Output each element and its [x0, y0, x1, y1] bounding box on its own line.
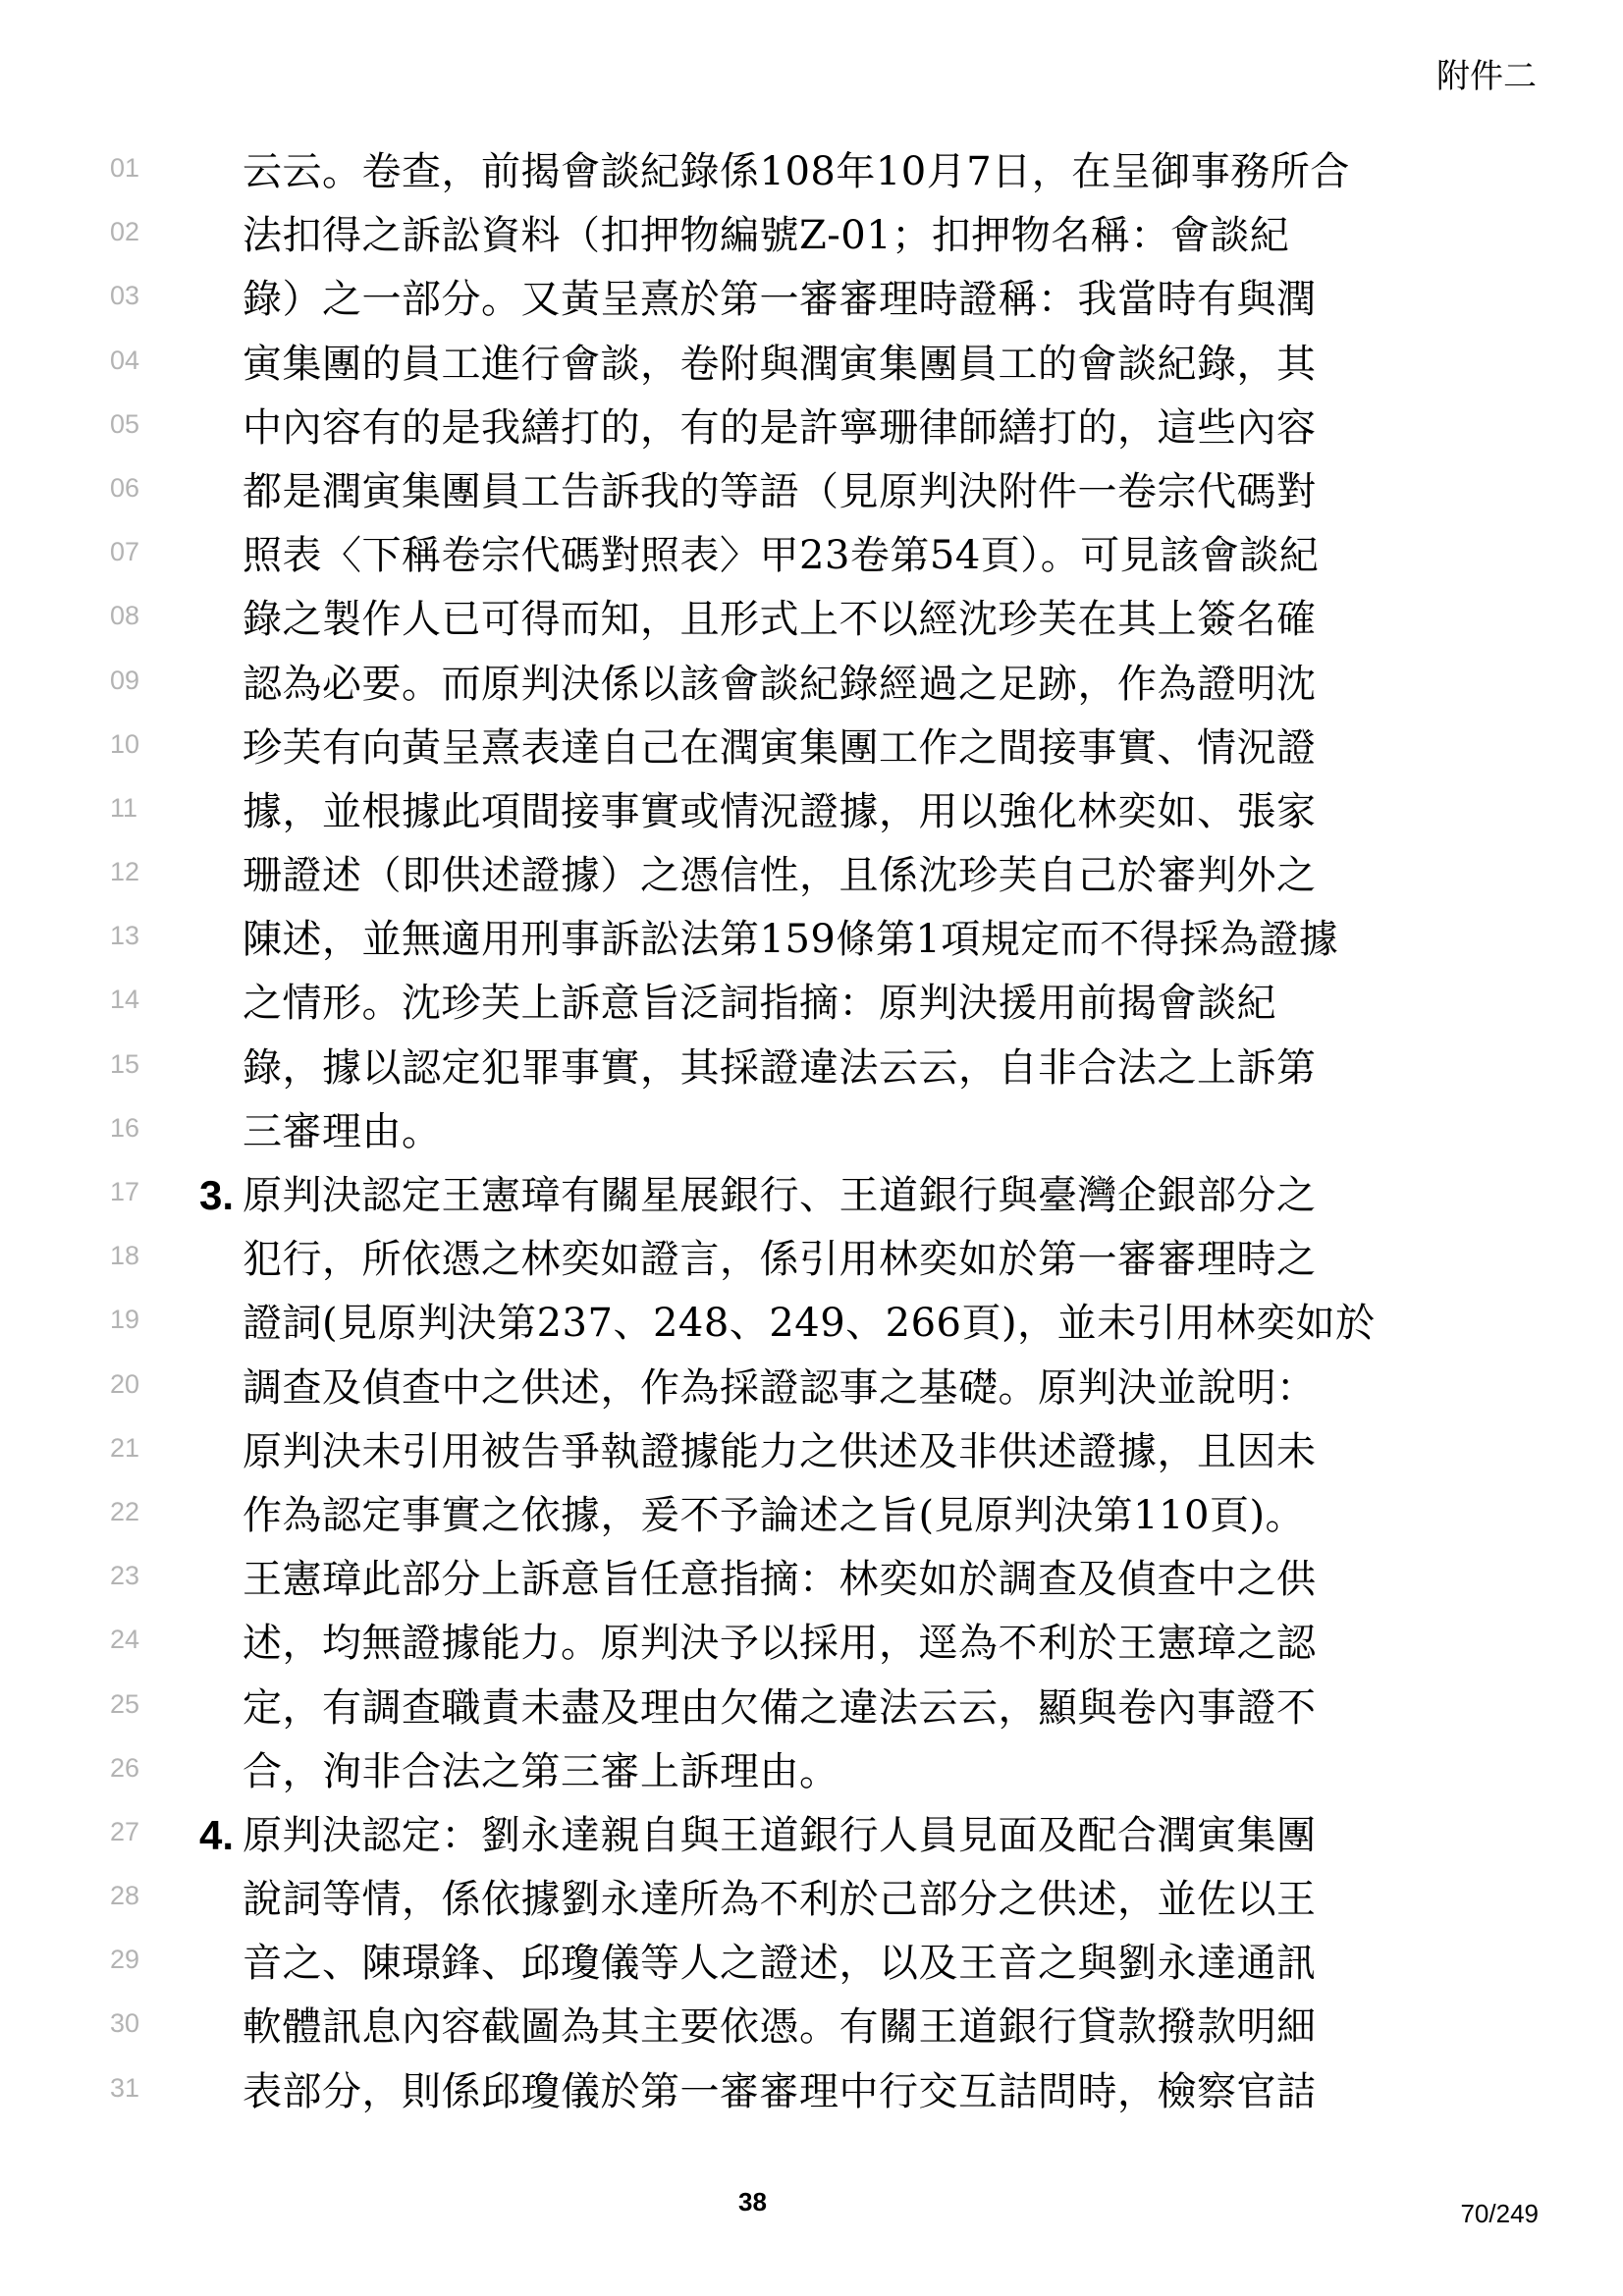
document-line: 14之情形。沈珍芙上訴意旨泛詞指摘：原判決援用前揭會談紀 [0, 977, 1623, 1041]
line-number: 30 [110, 2008, 159, 2039]
line-text: 原判決認定：劉永達親自與王道銀行人員見面及配合潤寅集團 [243, 1809, 1317, 1862]
line-text: 據，並根據此項間接事實或情況證據，用以強化林奕如、張家 [243, 785, 1317, 838]
line-number: 22 [110, 1497, 159, 1527]
line-number: 18 [110, 1241, 159, 1271]
document-line: 02法扣得之訴訟資料（扣押物編號Z-01；扣押物名稱：會談紀 [0, 209, 1623, 273]
item-number: 4. [199, 1809, 234, 1862]
line-text: 王憲璋此部分上訴意旨任意指摘：林奕如於調查及偵查中之供 [243, 1553, 1317, 1606]
line-number: 10 [110, 729, 159, 760]
line-number: 24 [110, 1625, 159, 1655]
document-line: 25定，有調查職責未盡及理由欠備之違法云云，顯與卷內事證不 [0, 1682, 1623, 1745]
line-number: 07 [110, 537, 159, 567]
document-line: 19證詞(見原判決第237、248、249、266頁)，並未引用林奕如於 [0, 1297, 1623, 1361]
line-text: 表部分，則係邱瓊儀於第一審審理中行交互詰問時，檢察官詰 [243, 2065, 1317, 2118]
line-number: 27 [110, 1817, 159, 1847]
line-number: 13 [110, 921, 159, 951]
line-text: 原判決未引用被告爭執證據能力之供述及非供述證據，且因未 [243, 1425, 1317, 1478]
line-text: 照表〈下稱卷宗代碼對照表〉甲23卷第54頁）。可見該會談紀 [243, 529, 1319, 582]
line-text: 云云。卷查，前揭會談紀錄係108年10月7日，在呈御事務所合 [243, 145, 1350, 198]
line-text: 錄，據以認定犯罪事實，其採證違法云云，自非合法之上訴第 [243, 1041, 1317, 1095]
document-line: 26合，洵非合法之第三審上訴理由。 [0, 1745, 1623, 1809]
line-text: 調查及偵查中之供述，作為採證認事之基礎。原判決並說明： [243, 1362, 1317, 1415]
line-text: 陳述，並無適用刑事訴訟法第159條第1項規定而不得採為證據 [243, 913, 1338, 966]
line-number: 09 [110, 666, 159, 696]
line-number: 06 [110, 473, 159, 504]
line-number: 02 [110, 217, 159, 247]
line-number: 03 [110, 281, 159, 311]
line-text: 錄）之一部分。又黃呈熹於第一審審理時證稱：我當時有與潤 [243, 273, 1317, 326]
line-number: 28 [110, 1881, 159, 1911]
line-number: 16 [110, 1113, 159, 1144]
line-number: 08 [110, 601, 159, 631]
line-number: 21 [110, 1433, 159, 1464]
document-body: 01云云。卷查，前揭會談紀錄係108年10月7日，在呈御事務所合02法扣得之訴訟… [0, 145, 1623, 2129]
document-line: 12珊證述（即供述證據）之憑信性，且係沈珍芙自己於審判外之 [0, 849, 1623, 913]
document-line: 11據，並根據此項間接事實或情況證據，用以強化林奕如、張家 [0, 785, 1623, 849]
line-text: 犯行，所依憑之林奕如證言，係引用林奕如於第一審審理時之 [243, 1233, 1317, 1286]
document-line: 24述，均無證據能力。原判決予以採用，逕為不利於王憲璋之認 [0, 1617, 1623, 1681]
page-count: 70/249 [1460, 2199, 1539, 2229]
document-line: 28說詞等情，係依據劉永達所為不利於己部分之供述，並佐以王 [0, 1873, 1623, 1937]
document-line: 21原判決未引用被告爭執證據能力之供述及非供述證據，且因未 [0, 1425, 1623, 1489]
line-text: 音之、陳璟鋒、邱瓊儀等人之證述，以及王音之與劉永達通訊 [243, 1937, 1317, 1990]
line-text: 珊證述（即供述證據）之憑信性，且係沈珍芙自己於審判外之 [243, 849, 1317, 902]
document-line: 06都是潤寅集團員工告訴我的等語（見原判決附件一卷宗代碼對 [0, 465, 1623, 529]
line-text: 證詞(見原判決第237、248、249、266頁)，並未引用林奕如於 [243, 1297, 1376, 1350]
document-line: 08錄之製作人已可得而知，且形式上不以經沈珍芙在其上簽名確 [0, 593, 1623, 657]
line-number: 20 [110, 1369, 159, 1400]
line-text: 認為必要。而原判決係以該會談紀錄經過之足跡，作為證明沈 [243, 658, 1317, 711]
line-text: 珍芙有向黃呈熹表達自己在潤寅集團工作之間接事實、情況證 [243, 721, 1317, 774]
line-text: 述，均無證據能力。原判決予以採用，逕為不利於王憲璋之認 [243, 1617, 1317, 1670]
page-number: 38 [738, 2187, 767, 2217]
document-line: 10珍芙有向黃呈熹表達自己在潤寅集團工作之間接事實、情況證 [0, 721, 1623, 785]
document-line: 18犯行，所依憑之林奕如證言，係引用林奕如於第一審審理時之 [0, 1233, 1623, 1297]
document-line: 30軟體訊息內容截圖為其主要依憑。有關王道銀行貸款撥款明細 [0, 2001, 1623, 2064]
document-line: 09認為必要。而原判決係以該會談紀錄經過之足跡，作為證明沈 [0, 658, 1623, 721]
document-line: 16三審理由。 [0, 1105, 1623, 1169]
document-line: 173.原判決認定王憲璋有關星展銀行、王道銀行與臺灣企銀部分之 [0, 1169, 1623, 1233]
document-line: 05中內容有的是我繕打的，有的是許寧珊律師繕打的，這些內容 [0, 401, 1623, 465]
line-text: 之情形。沈珍芙上訴意旨泛詞指摘：原判決援用前揭會談紀 [243, 977, 1276, 1030]
line-number: 25 [110, 1689, 159, 1720]
line-number: 31 [110, 2073, 159, 2104]
item-number: 3. [199, 1169, 234, 1222]
line-text: 作為認定事實之依據，爰不予論述之旨(見原判決第110頁)。 [243, 1489, 1305, 1542]
document-line: 31表部分，則係邱瓊儀於第一審審理中行交互詰問時，檢察官詰 [0, 2065, 1623, 2129]
line-text: 法扣得之訴訟資料（扣押物編號Z-01；扣押物名稱：會談紀 [243, 209, 1289, 262]
document-line: 23王憲璋此部分上訴意旨任意指摘：林奕如於調查及偵查中之供 [0, 1553, 1623, 1617]
document-line: 04寅集團的員工進行會談，卷附與潤寅集團員工的會談紀錄，其 [0, 338, 1623, 401]
line-text: 三審理由。 [243, 1105, 442, 1158]
document-line: 01云云。卷查，前揭會談紀錄係108年10月7日，在呈御事務所合 [0, 145, 1623, 209]
document-line: 13陳述，並無適用刑事訴訟法第159條第1項規定而不得採為證據 [0, 913, 1623, 977]
line-number: 19 [110, 1305, 159, 1335]
line-number: 05 [110, 409, 159, 440]
attachment-label: 附件二 [1436, 49, 1537, 97]
line-number: 17 [110, 1177, 159, 1207]
line-number: 01 [110, 153, 159, 184]
line-number: 26 [110, 1753, 159, 1784]
line-text: 合，洵非合法之第三審上訴理由。 [243, 1745, 839, 1798]
document-line: 22作為認定事實之依據，爰不予論述之旨(見原判決第110頁)。 [0, 1489, 1623, 1553]
document-line: 20調查及偵查中之供述，作為採證認事之基礎。原判決並說明： [0, 1362, 1623, 1425]
line-text: 都是潤寅集團員工告訴我的等語（見原判決附件一卷宗代碼對 [243, 465, 1317, 518]
line-number: 14 [110, 985, 159, 1015]
line-text: 錄之製作人已可得而知，且形式上不以經沈珍芙在其上簽名確 [243, 593, 1317, 646]
line-number: 11 [110, 793, 159, 824]
line-text: 中內容有的是我繕打的，有的是許寧珊律師繕打的，這些內容 [243, 401, 1317, 454]
line-number: 12 [110, 857, 159, 887]
line-number: 04 [110, 346, 159, 376]
document-line: 15錄，據以認定犯罪事實，其採證違法云云，自非合法之上訴第 [0, 1041, 1623, 1105]
line-text: 原判決認定王憲璋有關星展銀行、王道銀行與臺灣企銀部分之 [243, 1169, 1317, 1222]
document-line: 29音之、陳璟鋒、邱瓊儀等人之證述，以及王音之與劉永達通訊 [0, 1937, 1623, 2001]
document-line: 274.原判決認定：劉永達親自與王道銀行人員見面及配合潤寅集團 [0, 1809, 1623, 1873]
line-text: 說詞等情，係依據劉永達所為不利於己部分之供述，並佐以王 [243, 1873, 1317, 1926]
line-number: 15 [110, 1049, 159, 1080]
document-line: 03錄）之一部分。又黃呈熹於第一審審理時證稱：我當時有與潤 [0, 273, 1623, 337]
line-number: 29 [110, 1945, 159, 1975]
line-number: 23 [110, 1561, 159, 1591]
line-text: 定，有調查職責未盡及理由欠備之違法云云，顯與卷內事證不 [243, 1682, 1317, 1735]
line-text: 軟體訊息內容截圖為其主要依憑。有關王道銀行貸款撥款明細 [243, 2001, 1317, 2054]
document-line: 07照表〈下稱卷宗代碼對照表〉甲23卷第54頁）。可見該會談紀 [0, 529, 1623, 593]
line-text: 寅集團的員工進行會談，卷附與潤寅集團員工的會談紀錄，其 [243, 338, 1317, 391]
